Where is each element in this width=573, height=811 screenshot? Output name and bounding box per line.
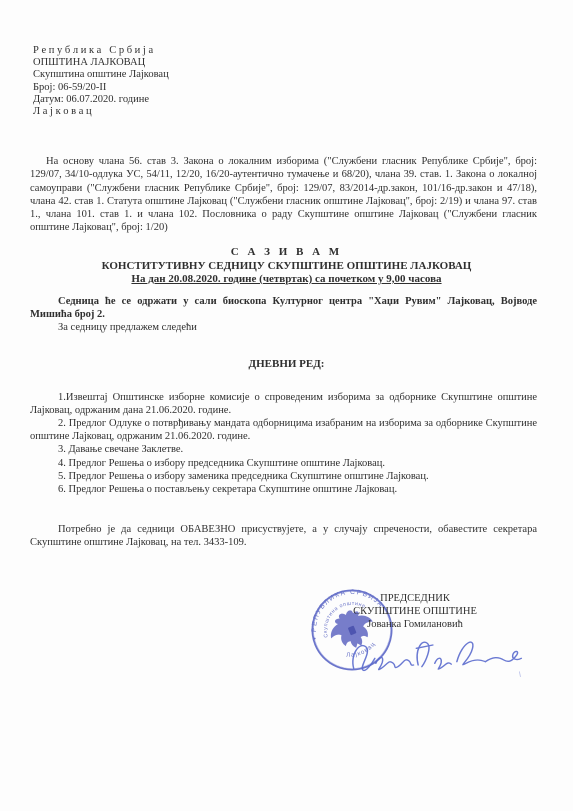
agenda-list: 1.Извештај Општинске изборне комисије о … xyxy=(30,391,537,497)
agenda-item-2: 2. Предлог Одлуке о потврђивању мандата … xyxy=(30,417,537,443)
agenda-item-3: 3. Давање свечане Заклетве. xyxy=(30,443,537,456)
title-datetime: На дан 20.08.2020. године (четвртак) са … xyxy=(0,273,573,286)
letterhead-date: Датум: 06.07.2020. године xyxy=(33,94,573,106)
agenda-item-6: 6. Предлог Решења о постављењу секретара… xyxy=(30,483,537,496)
title-session: КОНСТИТУТИВНУ СЕДНИЦУ СКУПШТИНЕ ОПШТИНЕ … xyxy=(0,260,573,273)
title-convene: С А З И В А М xyxy=(0,246,573,259)
letterhead-assembly: Скупштина општине Лајковац xyxy=(33,69,573,81)
handwritten-signature xyxy=(350,630,525,680)
venue-paragraph: Седница ће се одржати у сали биоскопа Ку… xyxy=(30,295,537,321)
agenda-item-4: 4. Предлог Решења о избору председника С… xyxy=(30,457,537,470)
signer-title-line2: СКУПШТИНЕ ОПШТИНЕ xyxy=(340,606,490,619)
proposal-intro: За седницу предлажем следећи xyxy=(30,321,537,334)
document-page: Р е п у б л и к а С р б и ј а ОПШТИНА ЛА… xyxy=(0,0,573,811)
letterhead-municipality: ОПШТИНА ЛАЈКОВАЦ xyxy=(33,57,573,69)
agenda-item-1: 1.Извештај Општинске изборне комисије о … xyxy=(30,391,537,417)
letterhead: Р е п у б л и к а С р б и ј а ОПШТИНА ЛА… xyxy=(33,0,573,118)
signer-title-line1: ПРЕДСЕДНИК xyxy=(340,593,490,606)
letterhead-place: Л а ј к о в а ц xyxy=(33,106,573,118)
signature-block: ПРЕДСЕДНИК СКУПШТИНЕ ОПШТИНЕ Јованка Гом… xyxy=(340,593,490,631)
letterhead-number: Број: 06-59/20-II xyxy=(33,82,573,94)
agenda-item-5: 5. Предлог Решења о избору заменика пред… xyxy=(30,470,537,483)
legal-basis-paragraph: На основу члана 56. став 3. Закона о лок… xyxy=(30,155,537,234)
closing-note: Потребно је да седници ОБАВЕЗНО присуств… xyxy=(30,523,537,549)
title-block: С А З И В А М КОНСТИТУТИВНУ СЕДНИЦУ СКУП… xyxy=(0,246,573,286)
letterhead-country: Р е п у б л и к а С р б и ј а xyxy=(33,45,573,57)
agenda-heading: ДНЕВНИ РЕД: xyxy=(0,358,573,370)
